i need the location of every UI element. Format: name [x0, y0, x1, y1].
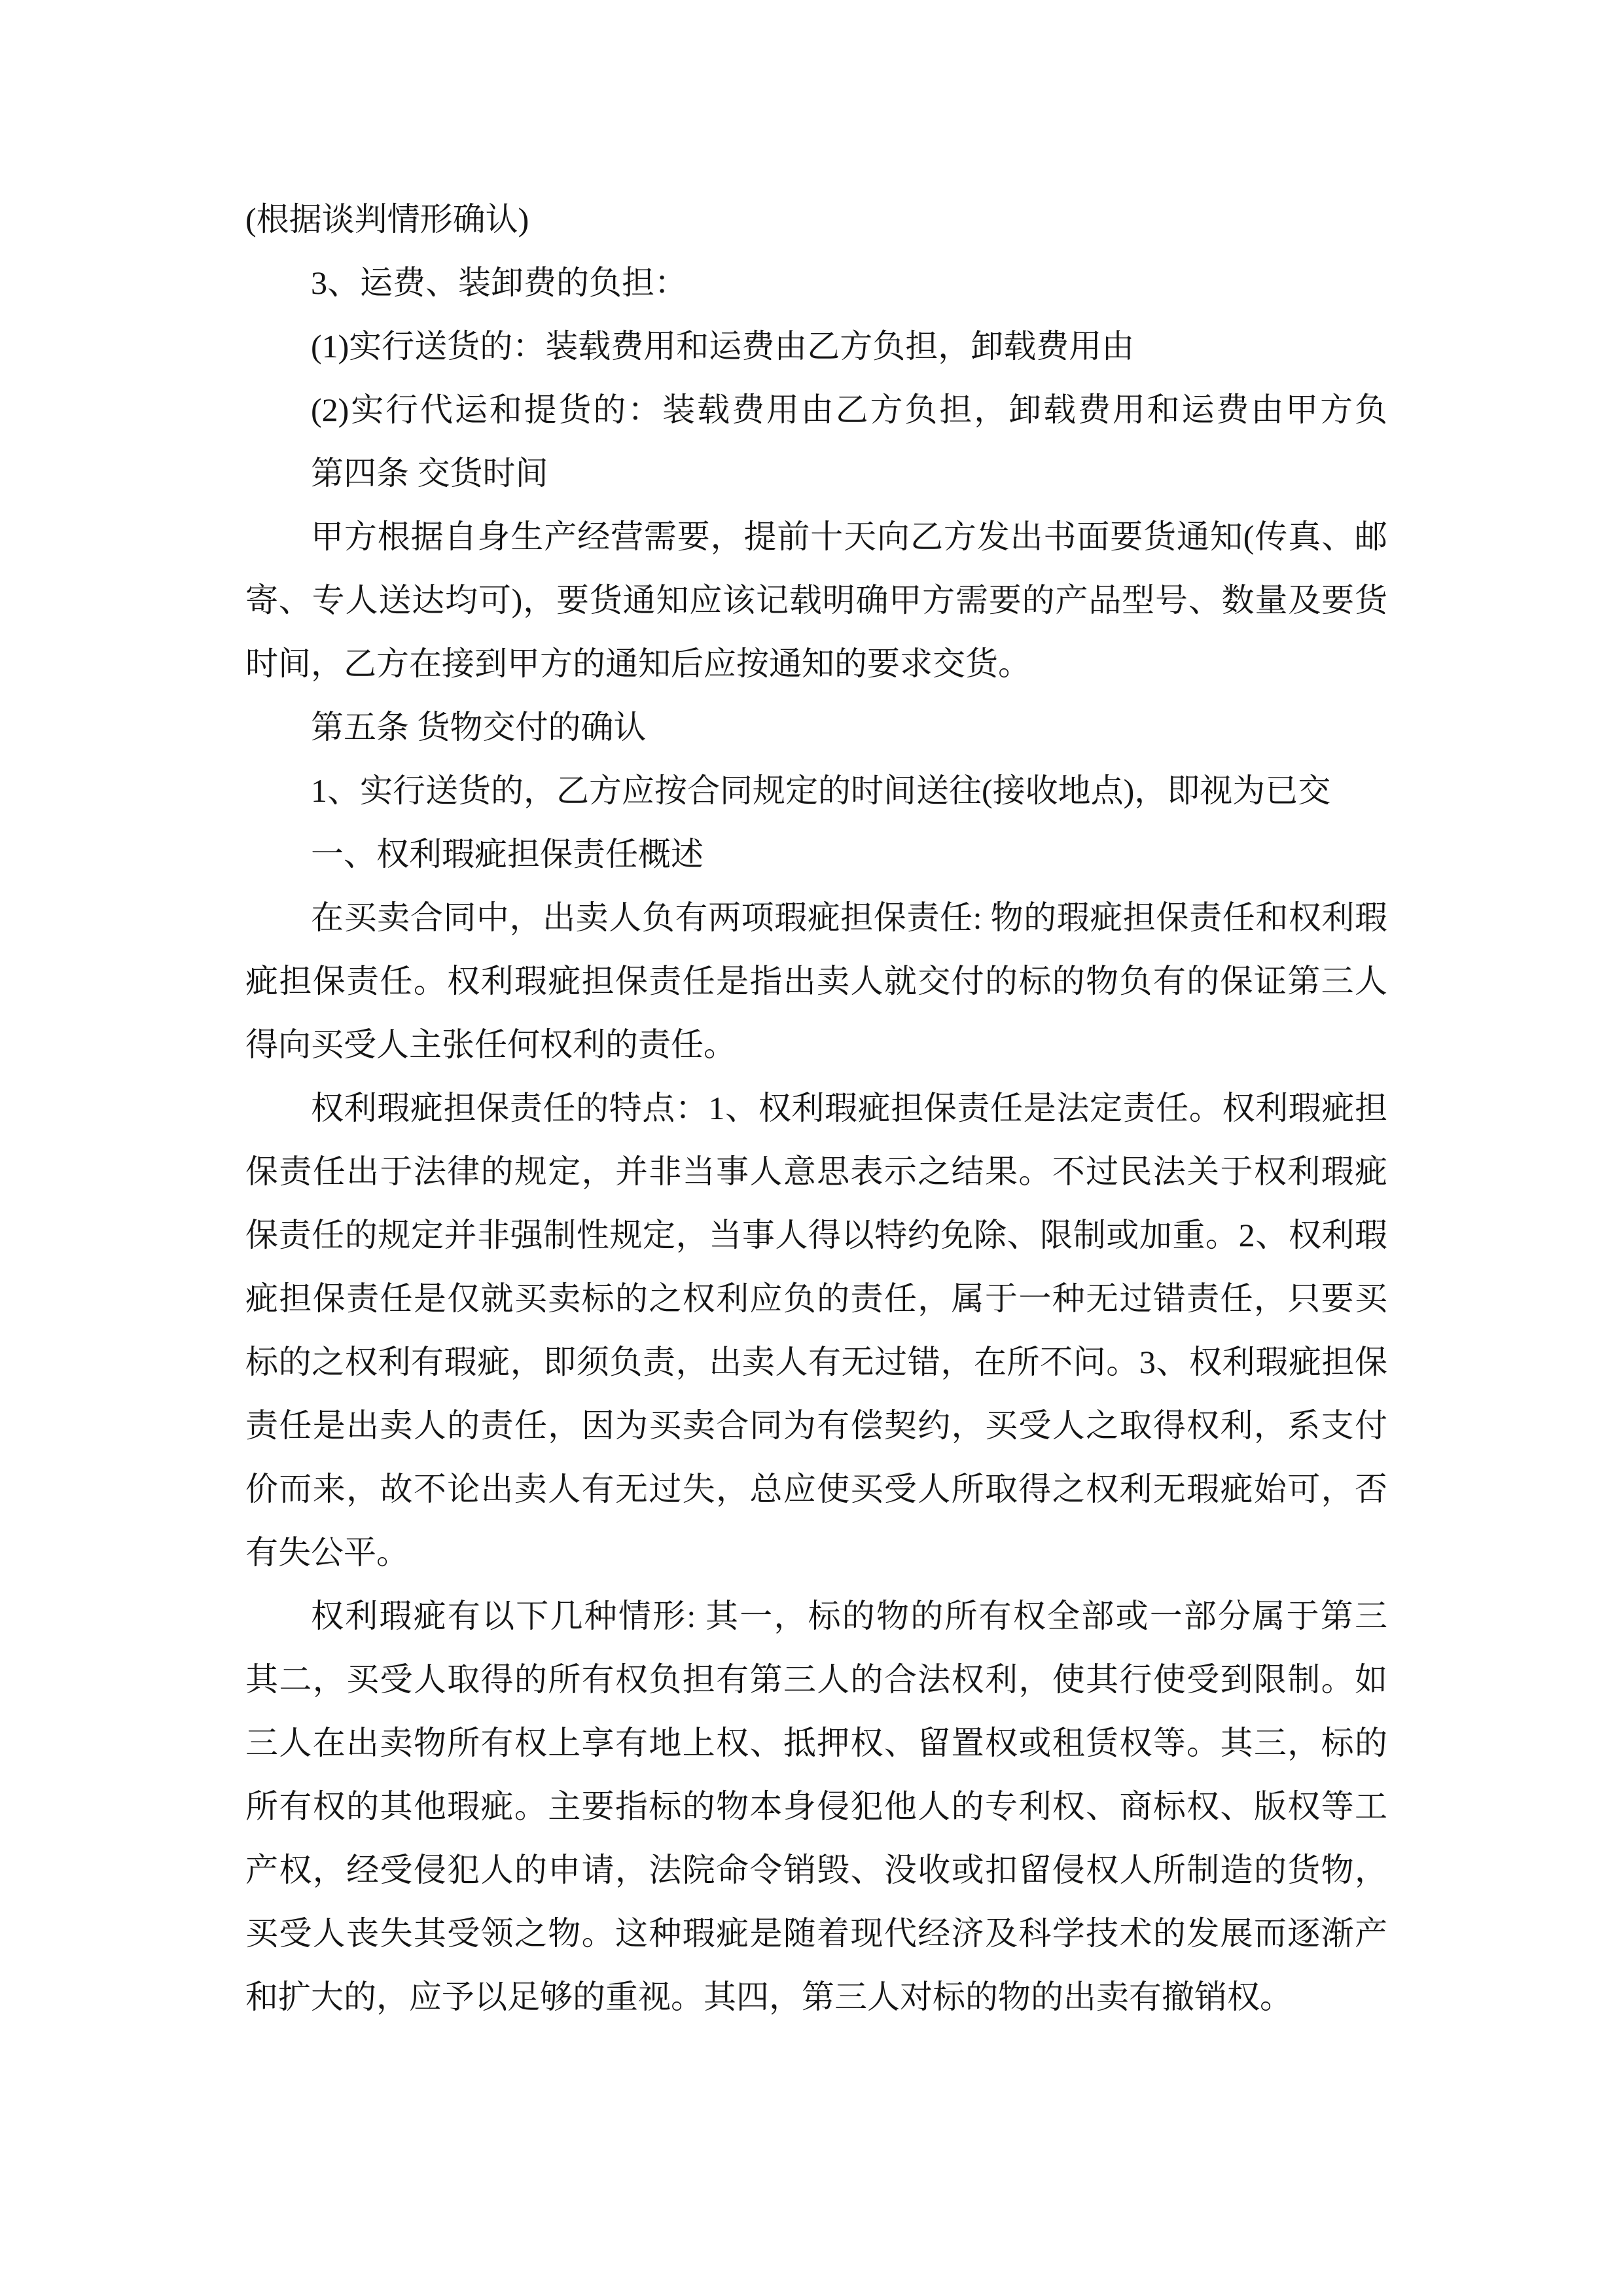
- text-line: 在买卖合同中，出卖人负有两项瑕疵担保责任: 物的瑕疵担保责任和权利瑕: [245, 886, 1387, 950]
- text-line: 和扩大的，应予以足够的重视。其四，第三人对标的物的出卖有撤销权。: [245, 1965, 1387, 2029]
- text-line: 3、运费、装卸费的负担：: [245, 251, 1387, 315]
- text-line: 权利瑕疵担保责任的特点：1、权利瑕疵担保责任是法定责任。权利瑕疵担: [245, 1077, 1387, 1140]
- text-line: 价而来，故不论出卖人有无过失，总应使买受人所取得之权利无瑕疵始可，否则: [245, 1458, 1387, 1521]
- text-line: 保责任的规定并非强制性规定，当事人得以特约免除、限制或加重。2、权利瑕: [245, 1204, 1387, 1267]
- text-line: 时间，乙方在接到甲方的通知后应按通知的要求交货。: [245, 632, 1387, 696]
- text-line: (2)实行代运和提货的：装载费用由乙方负担，卸载费用和运费由甲方负担。: [245, 378, 1387, 442]
- text-line: (根据谈判情形确认): [245, 188, 1387, 251]
- text-line: 产权，经受侵犯人的申请，法院命令销毁、没收或扣留侵权人所制造的货物，使: [245, 1839, 1387, 1902]
- text-line: 责任是出卖人的责任，因为买卖合同为有偿契约，买受人之取得权利，系支付对: [245, 1394, 1387, 1458]
- text-line: 保责任出于法律的规定，并非当事人意思表示之结果。不过民法关于权利瑕疵担: [245, 1140, 1387, 1204]
- text-line: 甲方根据自身生产经营需要，提前十天向乙方发出书面要货通知(传真、邮: [245, 505, 1387, 569]
- document-page: (根据谈判情形确认)3、运费、装卸费的负担：(1)实行送货的：装载费用和运费由乙…: [0, 0, 1623, 2296]
- text-line: 标的之权利有瑕疵，即须负责，出卖人有无过错，在所不问。3、权利瑕疵担保: [245, 1331, 1387, 1394]
- text-line: 有失公平。: [245, 1521, 1387, 1585]
- text-line: 第五条 货物交付的确认: [245, 696, 1387, 759]
- text-line: 第四条 交货时间: [245, 442, 1387, 505]
- text-line: 三人在出卖物所有权上享有地上权、抵押权、留置权或租赁权等。其三，标的物: [245, 1712, 1387, 1775]
- text-line: 1、实行送货的，乙方应按合同规定的时间送往(接收地点)，即视为已交付；: [245, 759, 1387, 823]
- text-line: 寄、专人送达均可)，要货通知应该记载明确甲方需要的产品型号、数量及要货: [245, 569, 1387, 632]
- document-text-block: (根据谈判情形确认)3、运费、装卸费的负担：(1)实行送货的：装载费用和运费由乙…: [245, 188, 1387, 2029]
- text-line: 疵担保责任是仅就买卖标的之权利应负的责任，属于一种无过错责任，只要买卖: [245, 1267, 1387, 1331]
- text-line: 所有权的其他瑕疵。主要指标的物本身侵犯他人的专利权、商标权、版权等工业: [245, 1775, 1387, 1839]
- text-line: 得向买受人主张任何权利的责任。: [245, 1013, 1387, 1077]
- text-line: 权利瑕疵有以下几种情形: 其一，标的物的所有权全部或一部分属于第三人。: [245, 1585, 1387, 1648]
- text-line: (1)实行送货的：装载费用和运费由乙方负担，卸载费用由: [245, 315, 1387, 378]
- text-line: 其二，买受人取得的所有权负担有第三人的合法权利，使其行使受到限制。如第: [245, 1648, 1387, 1712]
- text-line: 疵担保责任。权利瑕疵担保责任是指出卖人就交付的标的物负有的保证第三人不: [245, 950, 1387, 1013]
- text-line: 一、权利瑕疵担保责任概述: [245, 823, 1387, 886]
- text-line: 买受人丧失其受领之物。这种瑕疵是随着现代经济及科学技术的发展而逐渐产生: [245, 1902, 1387, 1965]
